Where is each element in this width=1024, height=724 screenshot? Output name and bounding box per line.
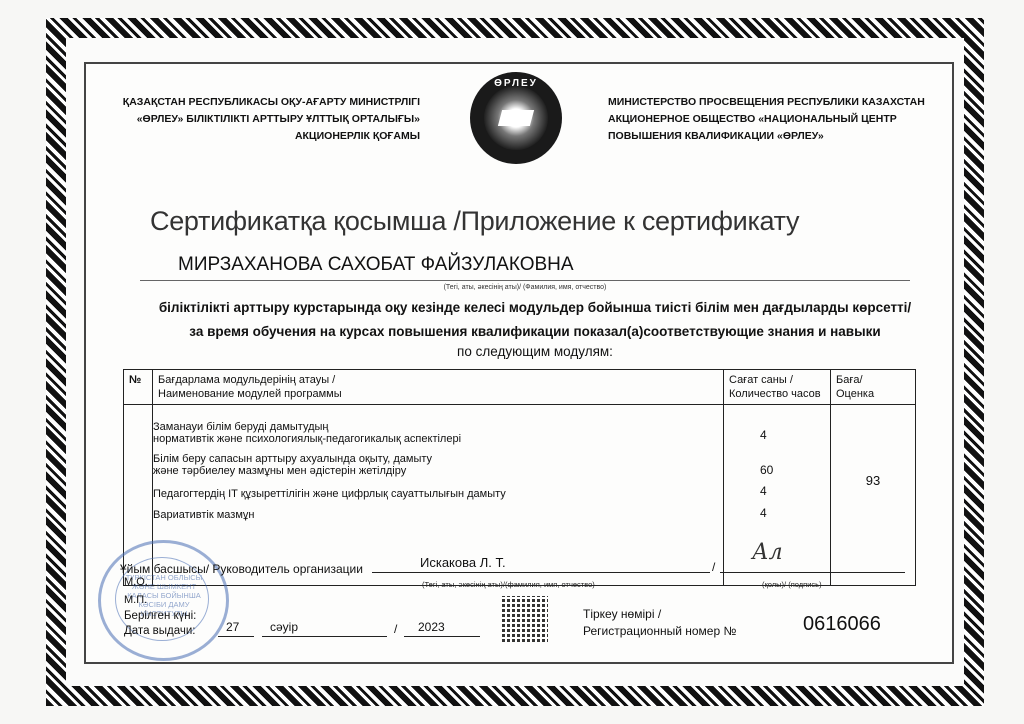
- year-line: [404, 636, 480, 637]
- module-4-hours: 4: [760, 506, 810, 520]
- table-header-row: № Бағдарлама модульдерінің атауы / Наиме…: [124, 370, 916, 405]
- sign-caption: (қолы)/ (подпись): [762, 580, 822, 589]
- header-right-line-3: ПОВЫШЕНИЯ КВАЛИФИКАЦИИ «ӨРЛЕУ»: [608, 128, 938, 145]
- organization-stamp: ТҮРКІСТАН ОБЛЫСЫ ЖӘНЕ ШЫМКЕНТ ҚАЛАСЫ БОЙ…: [98, 540, 229, 661]
- name-line: [372, 572, 710, 573]
- header-hours: Сағат саны / Количество часов: [724, 370, 831, 405]
- day-line: [218, 636, 254, 637]
- module-4: Вариативтік мазмұн: [153, 509, 254, 521]
- signature-line: [720, 572, 905, 573]
- module-3-hours: 4: [760, 484, 810, 498]
- name-underline: [140, 280, 910, 281]
- header-left-line-2: «ӨРЛЕУ» БІЛІКТІЛІКТІ АРТТЫРУ ҰЛТТЫҚ ОРТА…: [110, 111, 420, 128]
- header-left-line-3: АКЦИОНЕРЛІК ҚОҒАМЫ: [110, 128, 420, 145]
- header-grade-ru: Оценка: [836, 387, 910, 401]
- registration-label: Тіркеу нөмірі / Регистрационный номер №: [583, 606, 736, 640]
- module-3: Педагогтердің IT құзыреттілігін және циф…: [153, 488, 506, 500]
- date-label-ru: Дата выдачи:: [124, 625, 196, 637]
- module-3-line-1: Педагогтердің IT құзыреттілігін және циф…: [153, 488, 506, 500]
- intro-line-3: по следующим модулям:: [140, 344, 930, 359]
- module-2-hours: 60: [760, 463, 810, 477]
- registration-label-ru: Регистрационный номер №: [583, 623, 736, 640]
- module-4-line-1: Вариативтік мазмұн: [153, 509, 254, 521]
- grade-value: 93: [843, 473, 903, 488]
- module-2: Білім беру сапасын арттыру ахуалында оқы…: [153, 453, 432, 477]
- header-name-kz: Бағдарлама модульдерінің атауы /: [158, 373, 718, 387]
- mp-kz: М.О.: [124, 576, 148, 588]
- signature-mark: Ал: [752, 540, 783, 565]
- module-1: Заманауи білім беруді дамытудың норматив…: [153, 421, 461, 445]
- name-caption: (Тегі, аты, әкесінің аты)/(фамилия, имя,…: [422, 580, 595, 589]
- module-1-line-1: Заманауи білім беруді дамытудың: [153, 421, 461, 433]
- module-1-line-2: нормативтік және психологиялық-педагогик…: [153, 433, 461, 445]
- certificate-page: ҚАЗАҚСТАН РЕСПУБЛИКАСЫ ОҚУ-АҒАРТУ МИНИСТ…: [0, 0, 1024, 724]
- document-title: Сертификатқа қосымша /Приложение к серти…: [150, 206, 890, 237]
- header-left-kz: ҚАЗАҚСТАН РЕСПУБЛИКАСЫ ОҚУ-АҒАРТУ МИНИСТ…: [110, 94, 420, 145]
- header-left-line-1: ҚАЗАҚСТАН РЕСПУБЛИКАСЫ ОҚУ-АҒАРТУ МИНИСТ…: [110, 94, 420, 111]
- header-module-name: Бағдарлама модульдерінің атауы / Наимено…: [153, 370, 724, 405]
- header-name-ru: Наименование модулей программы: [158, 387, 718, 401]
- slash: /: [712, 560, 715, 574]
- intro-line-kz: біліктілікті арттыру курстарында оқу кез…: [140, 300, 930, 315]
- orleu-logo-icon: ӨРЛЕУ: [470, 72, 562, 164]
- intro-line-ru: за время обучения на курсах повышения кв…: [140, 324, 930, 339]
- registration-number: 0616066: [803, 613, 881, 636]
- month-line: [262, 636, 387, 637]
- cell-grade: [831, 405, 916, 586]
- logo-text: ӨРЛЕУ: [470, 78, 562, 89]
- module-1-hours: 4: [760, 428, 810, 442]
- header-right-line-2: АКЦИОНЕРНОЕ ОБЩЕСТВО «НАЦИОНАЛЬНЫЙ ЦЕНТР: [608, 111, 938, 128]
- header-hours-ru: Количество часов: [729, 387, 825, 401]
- date-year: 2023: [418, 620, 445, 634]
- head-label: Ұйым басшысы/ Руководитель организации: [120, 562, 363, 576]
- header-no: №: [124, 370, 153, 405]
- date-label-kz: Берілген күні:: [124, 610, 196, 622]
- modules-table: № Бағдарлама модульдерінің атауы / Наиме…: [123, 369, 916, 586]
- recipient-name: МИРЗАХАНОВА САХОБАТ ФАЙЗУЛАКОВНА: [178, 254, 574, 276]
- header-grade-kz: Баға/: [836, 373, 910, 387]
- registration-label-kz: Тіркеу нөмірі /: [583, 606, 736, 623]
- module-2-line-1: Білім беру сапасын арттыру ахуалында оқы…: [153, 453, 432, 465]
- date-day: 27: [226, 620, 239, 634]
- head-name: Искакова Л. Т.: [420, 555, 506, 570]
- date-slash: /: [394, 622, 397, 636]
- header-grade: Баға/ Оценка: [831, 370, 916, 405]
- header-right-line-1: МИНИСТЕРСТВО ПРОСВЕЩЕНИЯ РЕСПУБЛИКИ КАЗА…: [608, 94, 938, 111]
- module-2-line-2: және тәрбиелеу мазмұны мен әдістерін жет…: [153, 465, 432, 477]
- header-right-ru: МИНИСТЕРСТВО ПРОСВЕЩЕНИЯ РЕСПУБЛИКИ КАЗА…: [608, 94, 938, 145]
- date-month: сәуір: [270, 620, 298, 634]
- header-hours-kz: Сағат саны /: [729, 373, 825, 387]
- qr-code-icon: [502, 596, 548, 642]
- recipient-caption: (Тегі, аты, әкесінің аты)/ (Фамилия, имя…: [140, 284, 910, 291]
- mp-ru: М.П.: [124, 594, 147, 606]
- open-book-icon: [498, 110, 534, 126]
